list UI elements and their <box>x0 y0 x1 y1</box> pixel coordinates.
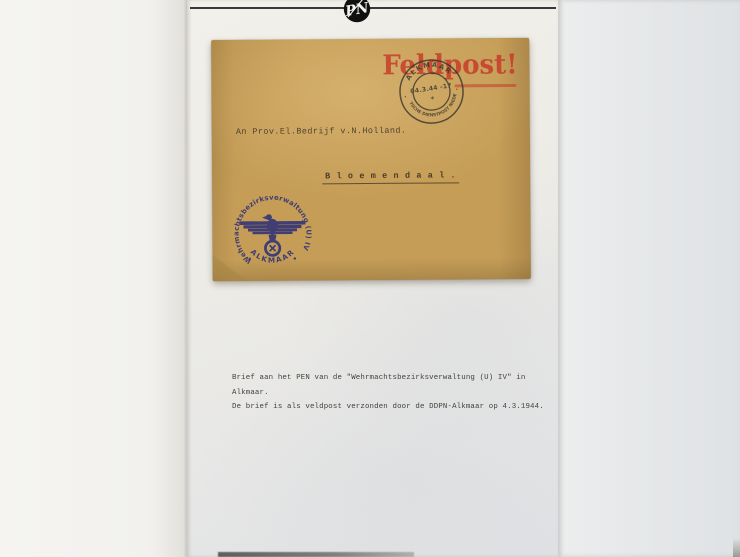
caption-line-1: Brief aan het PEN van de "Wehrmachtsbezi… <box>232 371 532 386</box>
photo-bottom-shadow <box>218 552 414 557</box>
postmark-date-text: 04.3.44 -17 <box>410 82 452 95</box>
postmark-town-text: ALKMAAR <box>402 58 454 83</box>
pen-monogram-logo-icon: PN <box>342 0 372 25</box>
svg-text:ALKMAAR: ALKMAAR <box>402 58 454 83</box>
typed-destination-line: B l o e m e n d a a l . <box>322 170 459 184</box>
postmark-star-icon: ✶ <box>430 95 436 103</box>
feldpost-envelope: Feldpost! ALKMAAR DEUTSCHE DIENSTPOST NI… <box>211 38 531 281</box>
photo-right-surface <box>558 0 740 557</box>
unit-stamp-left-dot-icon: • <box>248 254 251 264</box>
typed-address-line: An Prov.El.Bedrijf v.N.Holland. <box>236 126 407 137</box>
album-caption: Brief aan het PEN van de "Wehrmachtsbezi… <box>232 371 532 415</box>
caption-line-3: De brief is als veldpost verzonden door … <box>232 400 532 415</box>
unit-stamp-right-dot-icon: • <box>293 254 296 264</box>
photo-left-margin <box>0 0 187 557</box>
photo-corner-shadow <box>733 538 740 557</box>
wreath-emblem-icon <box>265 241 280 256</box>
album-page-photo: PN Feldpost! ALKMAAR DEUTSCHE DIENSTPOST… <box>0 0 740 557</box>
alkmaar-postmark-stamp: ALKMAAR DEUTSCHE DIENSTPOST NIEDERL. 04.… <box>397 57 465 125</box>
postmark-right-dot-icon: • <box>456 87 459 93</box>
page-header-rule <box>190 7 556 9</box>
postmark-left-dot-icon: • <box>404 94 407 100</box>
eagle-emblem-icon <box>239 214 305 242</box>
wehrmacht-unit-cachet-stamp: Wehrmachtsbezirksverwaltung (U) IV ALKMA… <box>230 191 315 276</box>
caption-line-2: Alkmaar. <box>232 386 532 401</box>
